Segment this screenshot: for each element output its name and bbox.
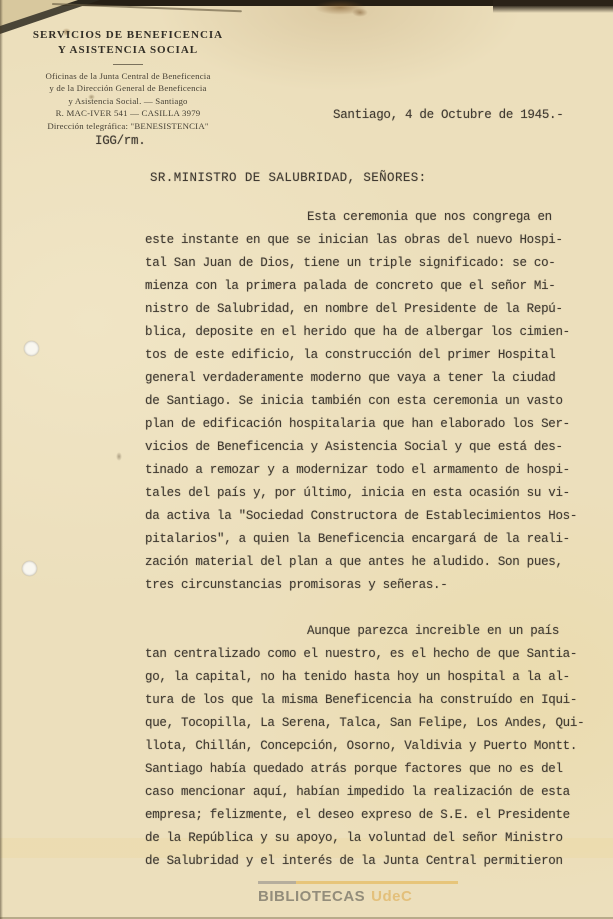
- stain: [116, 452, 122, 461]
- body-line: tal San Juan de Dios, tiene un triple si…: [145, 252, 595, 275]
- watermark-library-name: BIBLIOTECAS: [258, 888, 365, 905]
- letterhead-address: Oficinas de la Junta Central de Benefice…: [28, 70, 228, 132]
- body-line: Aunque parezca increible en un país: [145, 620, 595, 643]
- body-line: da activa la "Sociedad Constructora de E…: [145, 505, 595, 528]
- letterhead-address-line: y Asistencia Social. — Santiago: [28, 95, 228, 107]
- letterhead-address-line: y de la Dirección General de Beneficenci…: [28, 82, 228, 94]
- letterhead-address-line: Oficinas de la Junta Central de Benefice…: [28, 70, 228, 82]
- body-line: de la República y su apoyo, la voluntad …: [145, 827, 595, 850]
- body-line: tos de este edificio, la construcción de…: [145, 344, 595, 367]
- watermark-line: [258, 881, 458, 884]
- scan-edge-left: [0, 0, 3, 919]
- body-line: caso mencionar aquí, habían impedido la …: [145, 781, 595, 804]
- scan-edge-top-right: [493, 0, 613, 13]
- body-line: pitalarios", a quien la Beneficencia enc…: [145, 528, 595, 551]
- stain: [352, 8, 368, 17]
- punch-hole-top: [24, 341, 39, 356]
- library-watermark: BIBLIOTECASUdeC: [258, 881, 458, 905]
- letterhead: SERVICIOS DE BENEFICENCIA Y ASISTENCIA S…: [28, 28, 228, 132]
- body-line: este instante en que se inician las obra…: [145, 229, 595, 252]
- letterhead-title-line1: SERVICIOS DE BENEFICENCIA: [28, 28, 228, 43]
- salutation: SR.MINISTRO DE SALUBRIDAD, SEÑORES:: [150, 171, 427, 185]
- watermark-org-name: UdeC: [371, 888, 412, 905]
- body-line: llota, Chillán, Concepción, Osorno, Vald…: [145, 735, 595, 758]
- letterhead-address-line: Dirección telegráfica: "BENESISTENCIA": [28, 120, 228, 132]
- body-line: que, Tocopilla, La Serena, Talca, San Fe…: [145, 712, 595, 735]
- letter-body: Esta ceremonia que nos congrega en este …: [145, 206, 595, 873]
- letterhead-title-line2: Y ASISTENCIA SOCIAL: [28, 43, 228, 58]
- body-line: zación material del plan a que antes he …: [145, 551, 595, 574]
- body-line: plan de edificación hospitalaria que han…: [145, 413, 595, 436]
- body-line: Santiago había quedado atrás porque fact…: [145, 758, 595, 781]
- watermark-line-accent-segment: [296, 881, 458, 884]
- body-line: mienza con la primera palada de concreto…: [145, 275, 595, 298]
- watermark-line-gray-segment: [258, 881, 296, 884]
- watermark-text: BIBLIOTECASUdeC: [258, 888, 458, 905]
- body-line: empresa; felizmente, el deseo expreso de…: [145, 804, 595, 827]
- body-line: tales del país y, por último, inicia en …: [145, 482, 595, 505]
- body-line: vicios de Beneficencia y Asistencia Soci…: [145, 436, 595, 459]
- body-line: blica, deposite en el herido que ha de a…: [145, 321, 595, 344]
- punch-hole-bottom: [22, 561, 37, 576]
- body-line: tres circunstancias promisoras y señeras…: [145, 574, 595, 597]
- letterhead-rule: [113, 64, 143, 65]
- scanned-letter-page: SERVICIOS DE BENEFICENCIA Y ASISTENCIA S…: [0, 0, 613, 919]
- body-line: general verdaderamente moderno que vaya …: [145, 367, 595, 390]
- body-line: de Salubridad y el interés de la Junta C…: [145, 850, 595, 873]
- body-line: Esta ceremonia que nos congrega en: [145, 206, 595, 229]
- body-line: tinado a remozar y a modernizar todo el …: [145, 459, 595, 482]
- body-line: de Santiago. Se inicia también con esta …: [145, 390, 595, 413]
- body-line: tura de los que la misma Beneficencia ha…: [145, 689, 595, 712]
- body-line: nistro de Salubridad, en nombre del Pres…: [145, 298, 595, 321]
- body-line: tan centralizado como el nuestro, es el …: [145, 643, 595, 666]
- dateline: Santiago, 4 de Octubre de 1945.-: [333, 108, 563, 122]
- body-line: go, la capital, no ha tenido hasta hoy u…: [145, 666, 595, 689]
- reference-initials: IGG/rm.: [95, 134, 145, 148]
- letterhead-address-line: R. MAC-IVER 541 — CASILLA 3979: [28, 107, 228, 119]
